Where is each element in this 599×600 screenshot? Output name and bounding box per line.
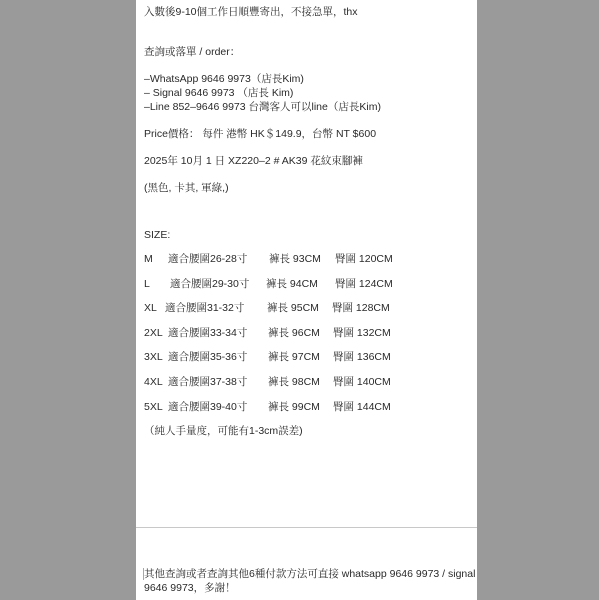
footer-note-line2[interactable]: 9646 9973，多謝！ <box>144 582 236 595</box>
size-label: XL <box>144 302 157 315</box>
size-length: 褲長 93CM <box>269 253 321 266</box>
size-label: L <box>144 278 150 291</box>
size-waist: 適合腰圍39-40寸 <box>168 401 247 414</box>
size-heading: SIZE: <box>144 229 170 242</box>
size-waist: 適合腰圍29-30寸 <box>170 278 249 291</box>
size-hip: 臀圍 132CM <box>333 327 391 340</box>
size-label: 4XL <box>144 376 163 389</box>
size-length: 褲長 99CM <box>268 401 320 414</box>
size-hip: 臀圍 120CM <box>335 253 393 266</box>
size-hip: 臀圍 140CM <box>333 376 391 389</box>
contact-whatsapp: –WhatsApp 9646 9973（店長Kim) <box>144 73 304 86</box>
size-label: 5XL <box>144 401 163 414</box>
size-length: 褲長 98CM <box>268 376 320 389</box>
section-divider <box>136 527 477 528</box>
size-waist: 適合腰圍31-32寸 <box>165 302 244 315</box>
document-panel: 入數後9-10個工作日順豐寄出，不接急單，thx 查詢或落單 / order： … <box>136 0 477 600</box>
size-label: M <box>144 253 153 266</box>
order-heading: 查詢或落單 / order： <box>144 46 240 59</box>
size-hip: 臀圍 136CM <box>333 351 391 364</box>
measurement-note: （純人手量度，可能有1-3cm誤差) <box>144 425 303 438</box>
product-line: 2025年 10月 1 日 XZ220–2 # AK39 花紋束腳褲 <box>144 155 363 168</box>
shipping-note: 入數後9-10個工作日順豐寄出，不接急單，thx <box>144 6 358 19</box>
size-length: 褲長 95CM <box>267 302 319 315</box>
color-options: (黑色, 卡其, 軍綠,) <box>144 182 229 195</box>
price-line: Price價格： 每件 港幣 HK＄149.9，台幣 NT $600 <box>144 128 376 141</box>
size-waist: 適合腰圍35-36寸 <box>168 351 247 364</box>
size-hip: 臀圍 144CM <box>333 401 391 414</box>
size-label: 3XL <box>144 351 163 364</box>
size-waist: 適合腰圍37-38寸 <box>168 376 247 389</box>
size-length: 褲長 97CM <box>268 351 320 364</box>
size-waist: 適合腰圍26-28寸 <box>168 253 247 266</box>
size-waist: 適合腰圍33-34寸 <box>168 327 247 340</box>
footer-note-line1[interactable]: 其他查詢或者查詢其他6種付款方法可直接 whatsapp 9646 9973 /… <box>144 568 475 581</box>
size-length: 褲長 94CM <box>266 278 318 291</box>
size-hip: 臀圍 124CM <box>335 278 393 291</box>
contact-line: –Line 852–9646 9973 台灣客人可以line（店長Kim) <box>144 101 381 114</box>
size-hip: 臀圍 128CM <box>332 302 390 315</box>
size-label: 2XL <box>144 327 163 340</box>
size-length: 褲長 96CM <box>268 327 320 340</box>
contact-signal: – Signal 9646 9973 （店長 Kim) <box>144 87 293 100</box>
